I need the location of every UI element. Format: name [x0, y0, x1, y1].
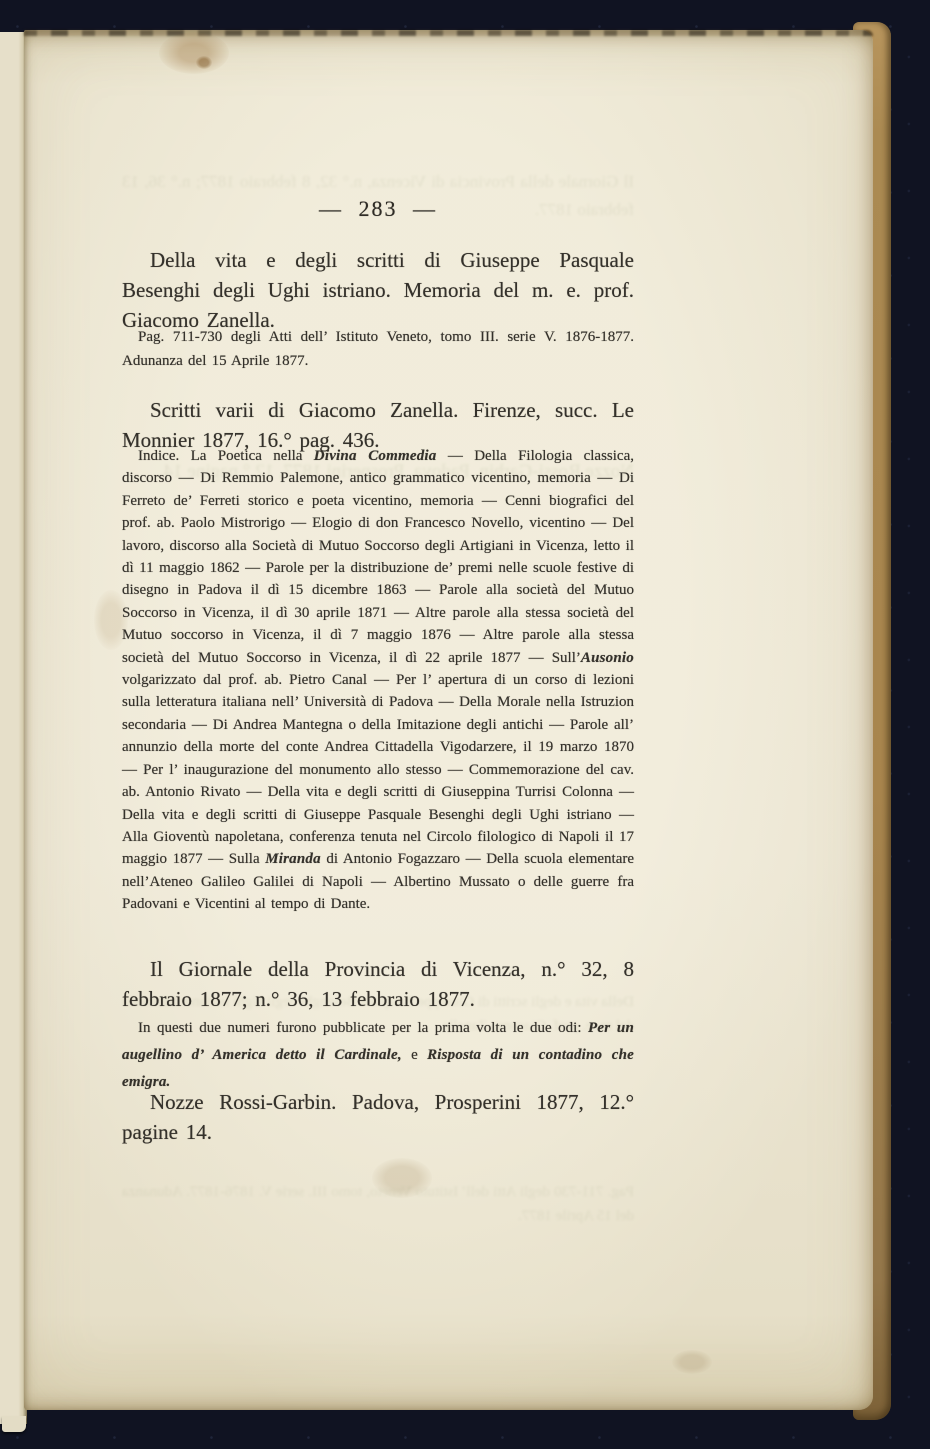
paper-stain — [196, 56, 212, 69]
paper-stain — [372, 1158, 432, 1198]
entry-besenghi-note: Pag. 711-730 degli Atti dell’ Istituto V… — [122, 325, 634, 373]
underlying-page-edge — [0, 32, 27, 1424]
book-page: Il Giornale della Provincia di Vicenza, … — [24, 30, 873, 1410]
paper-stain — [672, 1350, 712, 1374]
page-number: — 283 — — [122, 196, 634, 222]
entry-giornale-note: In questi due numeri furono pubblicate p… — [122, 1015, 634, 1096]
bleed-through-text: Pag. 711-730 degli Atti dell’ Istituto V… — [122, 1180, 634, 1260]
paper-stain — [159, 32, 229, 74]
entry-nozze-title: Nozze Rossi-Garbin. Padova, Prosperini 1… — [122, 1087, 634, 1147]
scanned-book-photo: { "colors": { "background_dark": "#10132… — [0, 0, 930, 1449]
underlying-page-corner — [2, 1416, 26, 1432]
entry-giornale-title: Il Giornale della Provincia di Vicenza, … — [122, 954, 634, 1014]
entry-scritti-varii-index: Indice. La Poetica nella Divina Commedia… — [122, 445, 634, 916]
entry-besenghi-title: Della vita e degli scritti di Giuseppe P… — [122, 245, 634, 335]
